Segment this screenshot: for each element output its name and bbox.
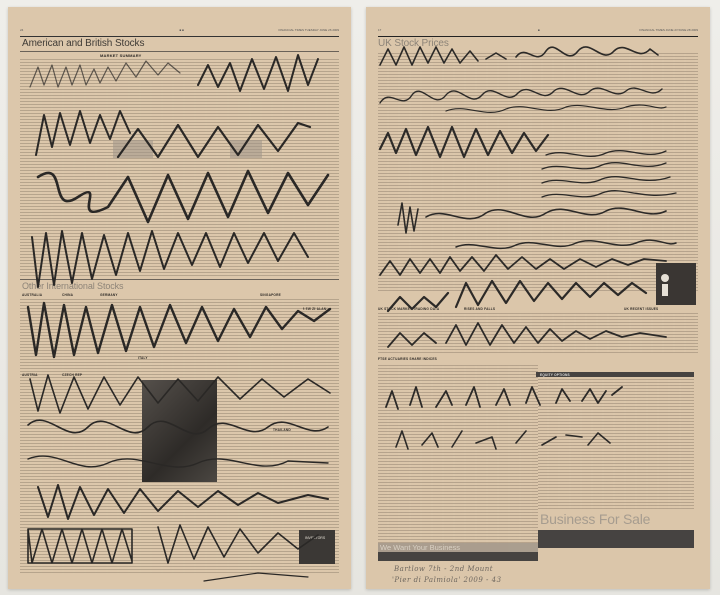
- left-newspaper-page: 24 ■ ■ FINANCIAL TIMES TUESDAY JUNE 26 2…: [8, 7, 351, 589]
- info-icon: [659, 273, 671, 297]
- we-want-contact-bar: [378, 552, 538, 561]
- subhead-recent-issues: UK RECENT ISSUES: [624, 307, 658, 311]
- market-summary-heading: MARKET SUMMARY: [100, 53, 142, 58]
- stock-table-block: [378, 53, 698, 291]
- rule: [20, 51, 339, 52]
- stock-table-block: [20, 59, 339, 277]
- subhead: CHINA: [62, 293, 73, 297]
- we-want-your-business-text: We Want Your Business: [380, 543, 460, 552]
- subhead-rises-falls: RISES AND FALLS: [464, 307, 495, 311]
- masthead-date: FINANCIAL TIMES TUESDAY JUNE 26 2009: [278, 28, 339, 32]
- subhead: AUSTRALIA: [22, 293, 42, 297]
- subhead-ftse-actuaries: FTSE ACTUARIES SHARE INDICES: [378, 357, 437, 361]
- investors-advert: INVESTORS: [299, 530, 335, 564]
- section-title-other-international: Other International Stocks: [22, 281, 123, 291]
- rule: [20, 279, 339, 280]
- section-title-uk-stock-prices: UK Stock Prices: [378, 38, 449, 49]
- investors-label: INVESTORS: [305, 536, 325, 540]
- handwritten-inscription-line-1: Bartlow 7th - 2nd Mount: [394, 565, 493, 573]
- equity-options-table: [538, 379, 694, 509]
- folio-line: 17 ■ FINANCIAL TIMES JUNE 27/JUNE 28 200…: [378, 28, 698, 37]
- right-newspaper-page: 17 ■ FINANCIAL TIMES JUNE 27/JUNE 28 200…: [366, 7, 710, 589]
- handwritten-inscription-line-2: 'Pier di Palmiola' 2009 - 43: [392, 576, 502, 584]
- advert-photo-box: [142, 380, 217, 482]
- section-title-american-british: American and British Stocks: [22, 38, 144, 49]
- subhead: THAILAND: [273, 428, 291, 432]
- folio-line: 24 ■ ■ FINANCIAL TIMES TUESDAY JUNE 26 2…: [20, 28, 339, 37]
- chart-box: [230, 140, 262, 158]
- stock-table-block: [378, 313, 698, 353]
- ftse-table: [378, 365, 538, 545]
- subhead-trading-data: UK STOCK MARKET TRADING DATA: [378, 307, 439, 311]
- subhead: ITALY: [138, 356, 148, 360]
- subhead: GERMANY: [100, 293, 118, 297]
- we-want-banner: We Want Your Business: [378, 543, 538, 552]
- subhead: CZECH REP: [62, 373, 82, 377]
- chart-box: [113, 140, 153, 158]
- information-services-advert: [656, 263, 696, 305]
- folio-center: ■: [538, 28, 540, 32]
- equity-options-heading: EQUITY OPTIONS: [540, 373, 570, 377]
- masthead-date: FINANCIAL TIMES JUNE 27/JUNE 28 2009: [639, 28, 698, 32]
- business-for-sale-banner: [538, 530, 694, 548]
- equity-options-bar: EQUITY OPTIONS: [536, 372, 694, 377]
- page-number: 17: [378, 28, 381, 32]
- subhead: AUSTRIA: [22, 373, 38, 377]
- subhead: SINGAPORE: [260, 293, 281, 297]
- business-for-sale-heading: Business For Sale: [540, 511, 650, 527]
- page-number: 24: [20, 28, 23, 32]
- folio-center: ■ ■: [180, 28, 184, 32]
